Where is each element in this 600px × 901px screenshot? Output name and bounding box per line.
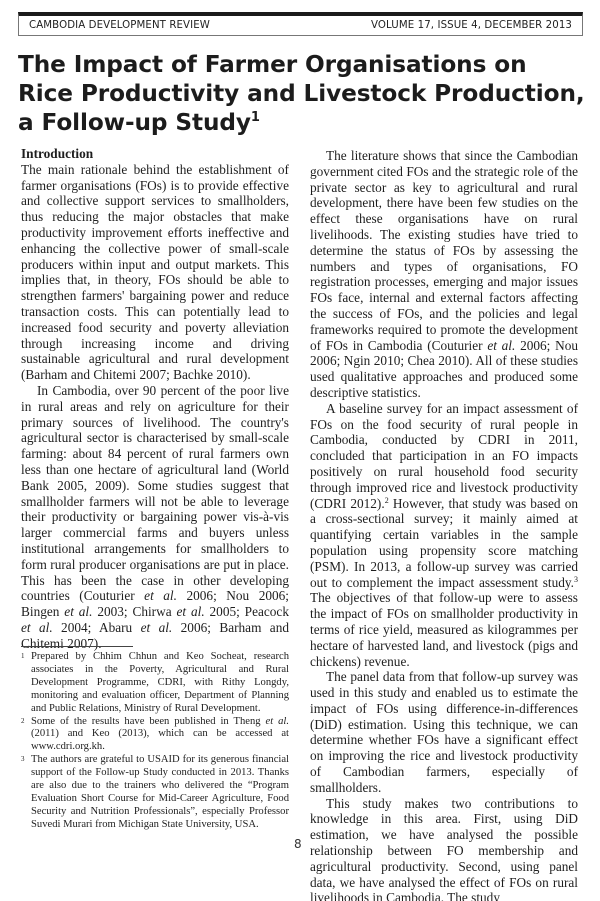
paragraph-literature: The literature shows that since the Camb…: [310, 148, 578, 401]
footnote-divider: [21, 646, 133, 647]
footnote-3: 3 The authors are grateful to USAID for …: [21, 754, 289, 831]
issue-info: VOLUME 17, ISSUE 4, DECEMBER 2013: [371, 20, 572, 31]
page-number: 8: [294, 837, 302, 851]
title-footnote-marker: 1: [251, 110, 260, 125]
footnote-number: 1: [21, 651, 31, 716]
section-heading-introduction: Introduction: [21, 146, 289, 162]
journal-name: CAMBODIA DEVELOPMENT REVIEW: [29, 20, 210, 31]
footnote-text: Prepared by Chhim Chhun and Keo Socheat,…: [31, 651, 289, 716]
footnote-1: 1 Prepared by Chhim Chhun and Keo Sochea…: [21, 651, 289, 716]
paragraph-intro-1: The main rationale behind the establishm…: [21, 162, 289, 383]
article-title: The Impact of Farmer Organisations on Ri…: [18, 50, 588, 137]
paragraph-panel-data: The panel data from that follow-up surve…: [310, 669, 578, 795]
footnote-2: 2 Some of the results have been publishe…: [21, 716, 289, 755]
footnote-text: The authors are grateful to USAID for it…: [31, 754, 289, 831]
right-column: The literature shows that since the Camb…: [310, 148, 578, 901]
left-column: Introduction The main rationale behind t…: [21, 146, 289, 652]
footnote-ref-3: 3: [574, 575, 578, 584]
paragraph-contributions: This study makes two contributions to kn…: [310, 796, 578, 901]
footnote-text: Some of the results have been published …: [31, 716, 289, 755]
footnote-number: 3: [21, 754, 31, 831]
paragraph-intro-2: In Cambodia, over 90 percent of the poor…: [21, 383, 289, 652]
footnotes: 1 Prepared by Chhim Chhun and Keo Sochea…: [21, 646, 289, 832]
paragraph-baseline-survey: A baseline survey for an impact assessme…: [310, 401, 578, 670]
running-header: CAMBODIA DEVELOPMENT REVIEW VOLUME 17, I…: [18, 12, 583, 36]
article-title-text: The Impact of Farmer Organisations on Ri…: [18, 51, 585, 136]
footnote-number: 2: [21, 716, 31, 755]
